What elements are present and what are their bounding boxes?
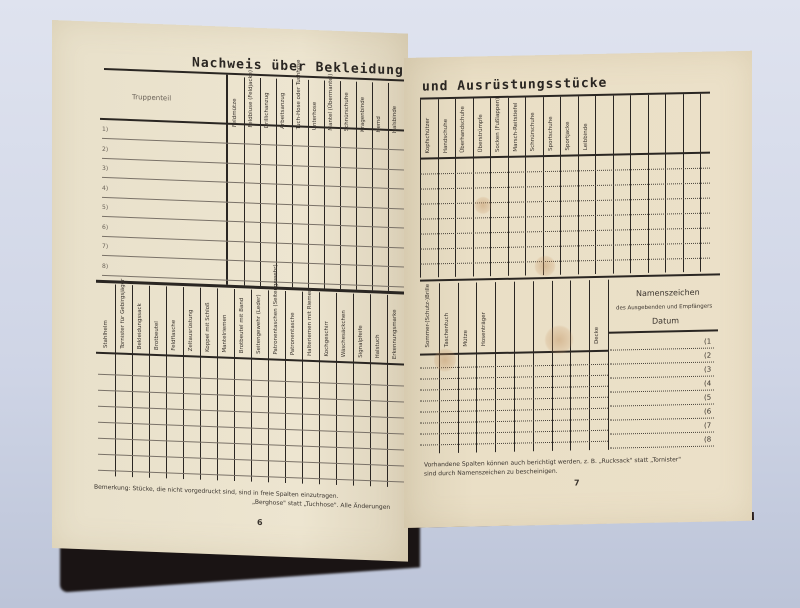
column-rule [285,291,286,483]
row-number: 5) [102,204,108,211]
column-rule [353,294,354,486]
column-header: Patronentaschen (Seitengewehr) [273,294,279,354]
column-header: Stahlhelm [103,288,109,348]
column-header: Halteriemen mit Riemen [307,296,313,356]
date-header: Datum [652,316,679,326]
column-header: Überhandschuhe [460,103,466,153]
signature-header: Namenszeichen [636,288,700,298]
column-rule [336,293,337,485]
column-header: Sportschuhe [548,101,554,151]
column-rule [217,288,218,480]
right-footnote-line1: Vorhandene Spalten können auch berichtig… [424,456,681,468]
signature-row-number: (5 [704,394,711,402]
column-rule [115,284,116,476]
column-header: Mantelriemen [222,293,228,353]
column-header: Wäschesäckchen [341,297,347,357]
column-header: Kragenbinde [360,84,366,132]
row-number: 7) [102,243,108,250]
signature-line [610,446,714,449]
column-rule [387,295,388,487]
column-header: Socken (Fußlappen) [495,102,501,152]
signature-row-number: (1 [704,338,711,346]
signature-row-number: (3 [704,366,711,374]
column-header: Signalpfeife [358,298,364,358]
unit-divider [226,75,228,285]
column-header: Mütze [463,289,469,347]
dotted-row-rule [420,168,710,175]
column-header: Halsbinde [392,85,398,133]
column-header: Feldflasche [171,291,177,351]
row-rule [102,196,404,209]
row-rule [102,138,404,151]
column-header: Drillichanzug [264,80,270,128]
left-page: Nachweis über Bekleidungs- Truppenteil F… [52,20,408,562]
right-page: und Ausrüstungsstücke KopfschützerHandsc… [404,51,752,528]
column-header: Mantel (Übermantel) [328,83,334,131]
signature-line [610,418,714,421]
upper-equipment-grid: KopfschützerHandschuheÜberhandschuheÜber… [404,51,752,58]
row-number: 6) [102,223,108,230]
signature-subheader: des Ausgebenden und Empfängers [616,304,712,312]
row-rule [102,255,404,268]
column-rule [370,294,371,486]
row-rule [102,177,404,190]
column-header: Hosenträger [481,288,487,346]
column-rule [149,286,150,478]
upper-clothing-grid: FeldmützeFeldbluse (Feldjacke)Drillichan… [52,20,408,34]
column-header: Leibbinde [583,100,589,150]
column-rule [276,79,277,287]
signature-divider [608,280,609,450]
right-page-title: und Ausrüstungsstücke [422,76,607,95]
column-header: Schnürschuhe [530,101,536,151]
column-rule [324,80,325,288]
column-header: Koppel mit Schloß [205,292,211,352]
column-header: Decke [594,286,600,344]
column-rule [183,287,184,479]
row-rule [102,235,404,248]
column-header: Kopfschützer [425,103,431,153]
column-rule [166,286,167,478]
unit-header: Truppenteil [132,93,171,103]
column-header: Halstuch [375,298,381,358]
right-footnote-line2: sind durch Namenszeichen zu bescheinigen… [424,468,558,478]
row-rule [102,216,404,229]
dotted-row-rule [420,213,710,220]
column-rule [251,290,252,482]
column-header: Brotbeutel mit Band [239,293,245,353]
dotted-row-rule [420,228,710,235]
column-header: Feldbluse (Feldjacke) [248,80,254,128]
dotted-row-rule [420,258,710,265]
column-header: Tornister für Gebirgsjäger [120,289,126,349]
column-rule [200,288,201,480]
row-number: 1) [102,126,108,133]
column-header: Hemd [376,84,382,132]
column-header: Sportjacke [565,101,571,151]
lower-equipment-grid-right: Sommer-(Schutz-)BrilleTaschentuchMützeHo… [404,51,752,58]
column-header: Kochgeschirr [324,296,330,356]
row-number: 8) [102,262,108,269]
signature-line [610,404,714,407]
signature-row-number: (6 [704,408,711,416]
right-page-number: 7 [574,478,580,487]
signature-line [610,376,714,379]
lower-equipment-grid: StahlhelmTornister für GebirgsjägerBekle… [52,20,408,34]
column-header: Schnürschuhe [344,83,350,131]
signature-row-number: (2 [704,352,711,360]
signature-rows: (1(2(3(4(5(6(7(8 [404,51,752,58]
column-header: Überstrümpfe [478,102,484,152]
column-rule [268,290,269,482]
signature-row-number: (8 [704,436,711,444]
column-header: Unterhose [312,82,318,130]
column-header: Brotbeutel [154,290,160,350]
row-number: 2) [102,145,108,152]
column-rule [234,289,235,481]
column-rule [132,285,133,477]
column-header: Sommer-(Schutz-)Brille [425,289,431,347]
dotted-row-rule [420,243,710,250]
column-header: Marsch-Reitstiefel [513,102,519,152]
column-header: Erkennungsmarke [392,299,398,359]
left-footnote-line1: Bemerkung: Stücke, die nicht vorgedruckt… [94,484,338,500]
signature-header-rule [608,329,718,333]
column-header: Taschentuch [444,289,450,347]
signature-line [610,362,714,365]
stain [434,347,456,373]
row-rule [102,157,404,170]
signature-line [610,348,714,351]
column-rule [302,292,303,484]
column-header: Patronentasche [290,295,296,355]
signature-row-number: (4 [704,380,711,388]
signature-line [610,432,714,435]
column-header: Seitengewehr (Leder) [256,294,262,354]
column-header: Tuch-Hose oder Tuchhose [296,81,302,129]
column-header: Arbeitsanzug [280,81,286,129]
dotted-row-rule [420,198,710,205]
stain [534,255,556,277]
signature-line [610,390,714,393]
row-number: 3) [102,165,108,172]
column-header: Bekleidungssack [137,289,143,349]
signature-row-number: (7 [704,422,711,430]
column-header: Feldmütze [232,79,238,127]
column-header: Zeltausrüstung [188,291,194,351]
left-page-number: 6 [257,518,263,527]
column-rule [372,82,373,290]
column-header: Handschuhe [443,103,449,153]
left-footnote-line2: „Berghose" statt „Tuchhose". Alle Änderu… [252,499,390,511]
column-rule [319,292,320,484]
dotted-row-rule [420,183,710,190]
row-number: 4) [102,184,108,191]
